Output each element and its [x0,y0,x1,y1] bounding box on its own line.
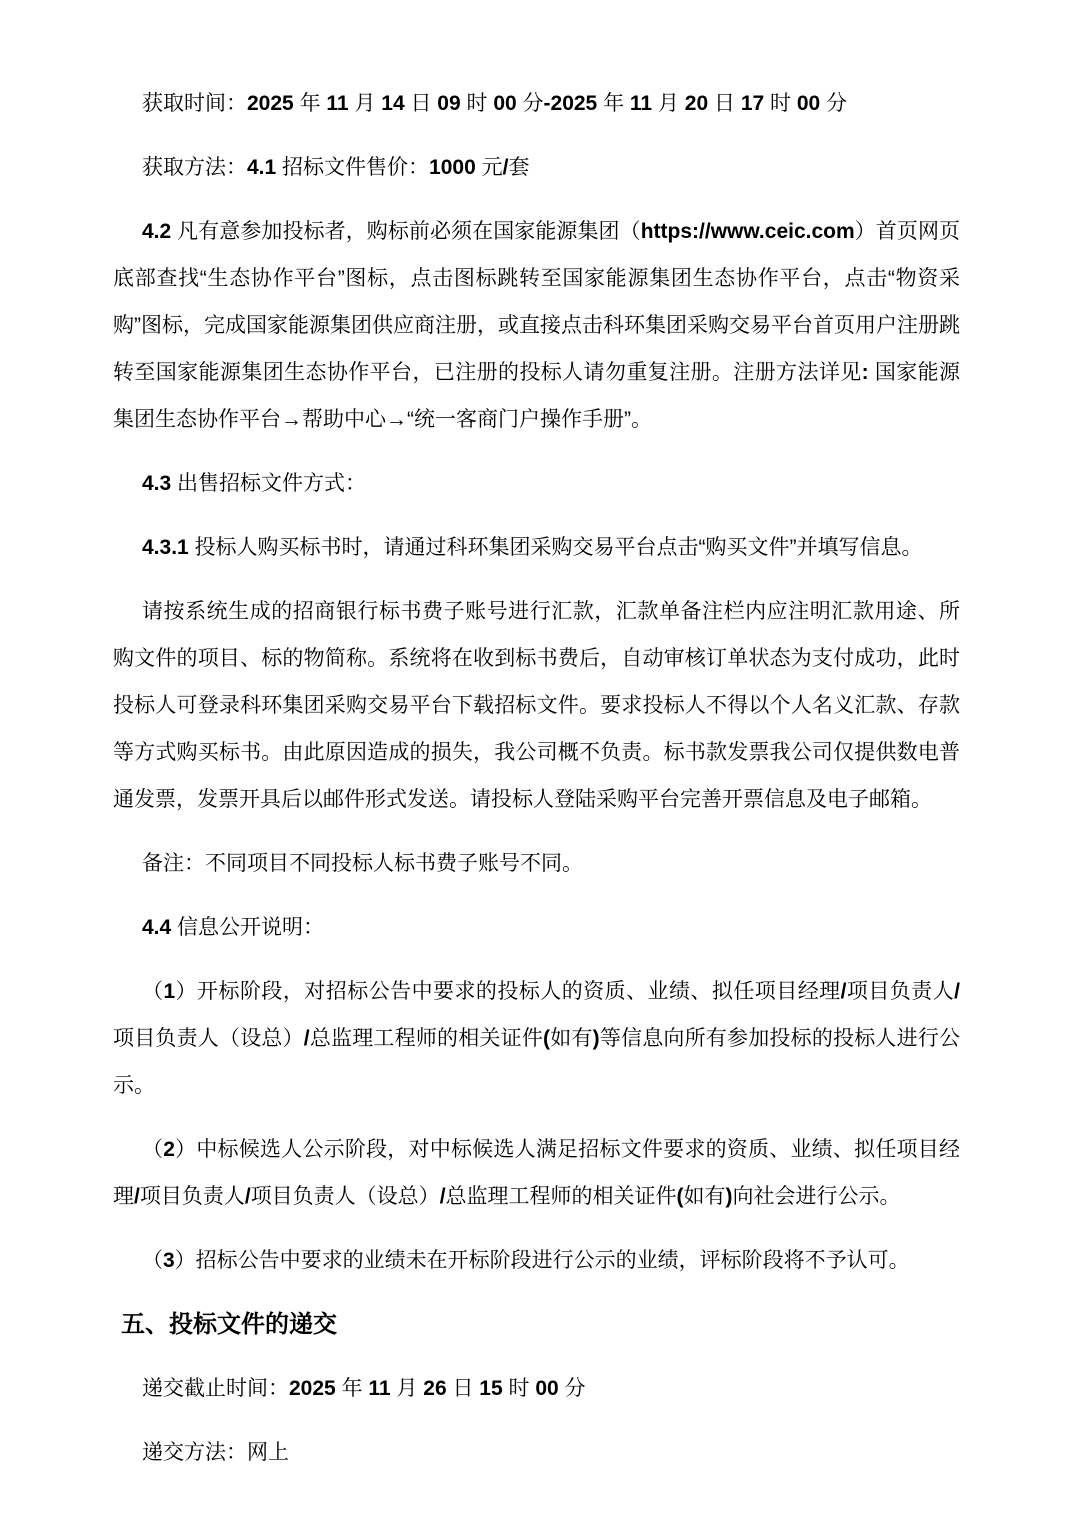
paragraph: 4.2 凡有意参加投标者，购标前必须在国家能源集团（https://www.ce… [113,208,960,443]
paragraph: 递交方法：网上 [113,1429,960,1476]
paragraph: 备注：不同项目不同投标人标书费子账号不同。 [113,840,960,887]
paragraph: 4.3 出售招标文件方式： [113,460,960,507]
paragraph: （2）中标候选人公示阶段，对中标候选人满足招标文件要求的资质、业绩、拟任项目经理… [113,1126,960,1220]
paragraph: 递交截止时间：2025 年 11 月 26 日 15 时 00 分 [113,1365,960,1412]
section-heading: 五、投标文件的递交 [113,1301,960,1349]
paragraph: （1）开标阶段，对招标公告中要求的投标人的资质、业绩、拟任项目经理/项目负责人/… [113,968,960,1109]
paragraph: 获取时间：2025 年 11 月 14 日 09 时 00 分-2025 年 1… [113,80,960,127]
paragraph: 4.3.1 投标人购买标书时，请通过科环集团采购交易平台点击“购买文件”并填写信… [113,524,960,571]
document-body: 获取时间：2025 年 11 月 14 日 09 时 00 分-2025 年 1… [0,0,1080,1532]
paragraph: （3）招标公告中要求的业绩未在开标阶段进行公示的业绩，评标阶段将不予认可。 [113,1237,960,1284]
paragraph: 获取方法：4.1 招标文件售价：1000 元/套 [113,144,960,191]
paragraph: 4.4 信息公开说明： [113,904,960,951]
paragraph: 请按系统生成的招商银行标书费子账号进行汇款，汇款单备注栏内应注明汇款用途、所购文… [113,588,960,823]
